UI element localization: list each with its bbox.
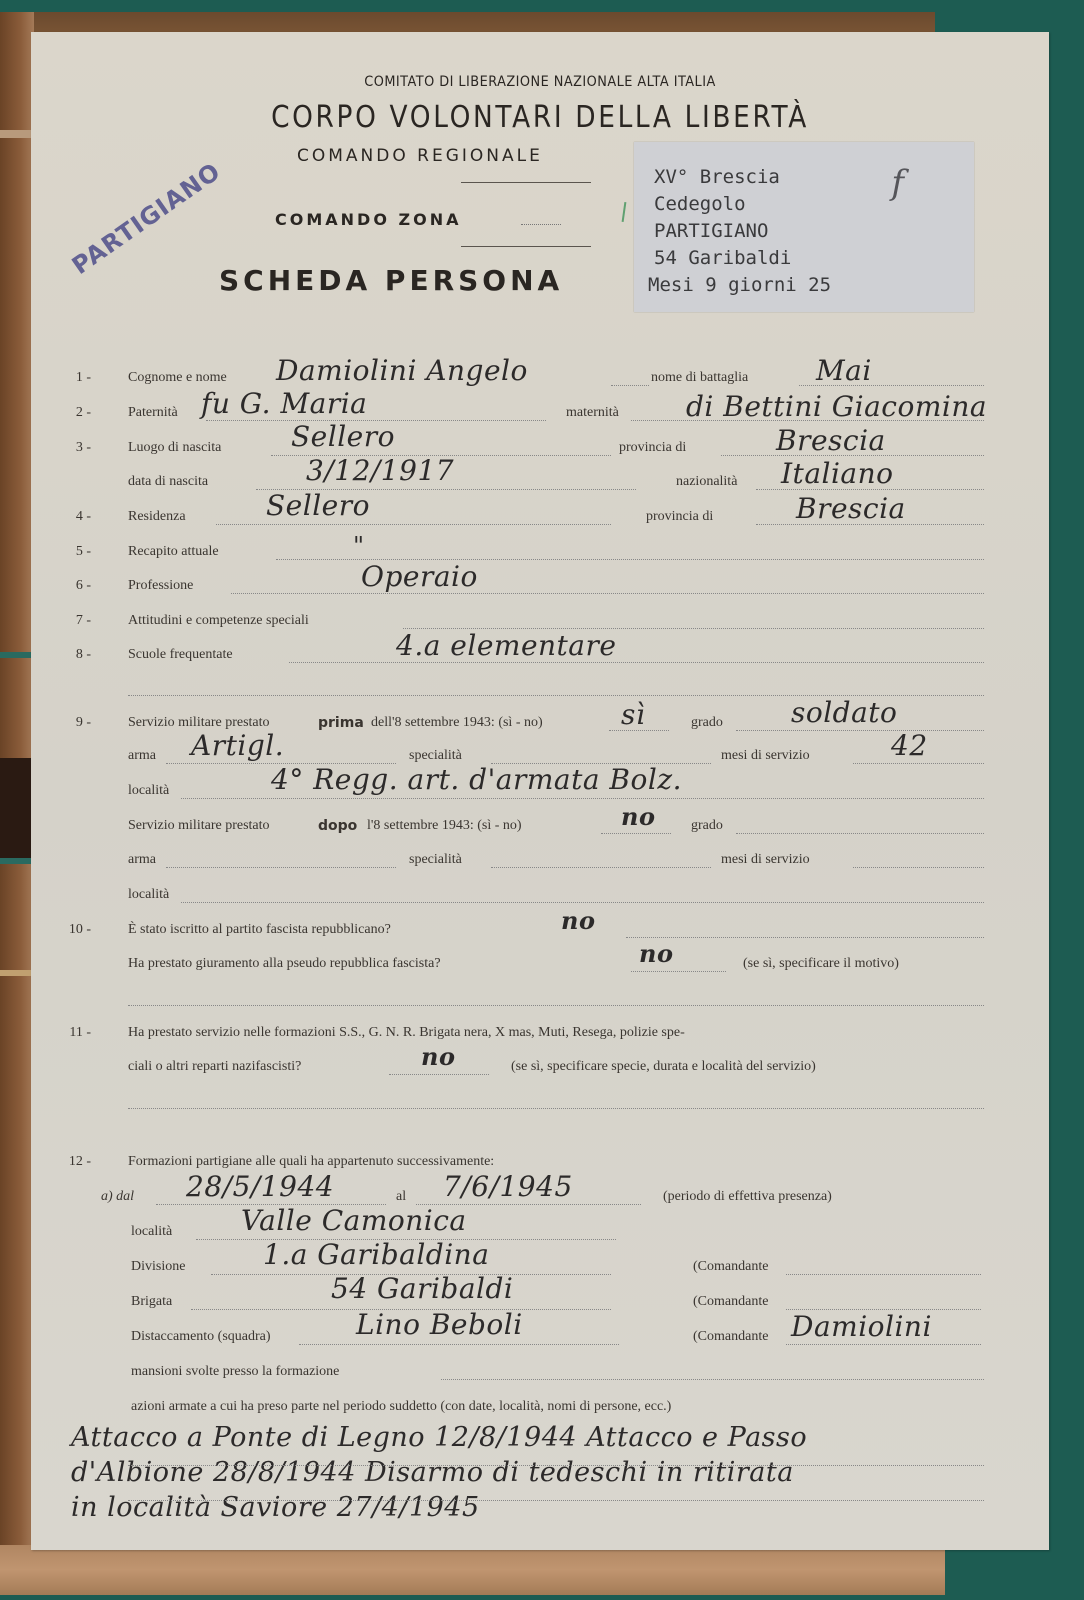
field-row-formation-locality: località [31,1224,1049,1246]
document-page: COMITATO DI LIBERAZIONE NAZIONALE ALTA I… [31,32,1049,1550]
field-label: provincia di [619,440,686,456]
zone-command-heading: COMANDO ZONA [275,210,461,229]
corps-heading: CORPO VOLONTARI DELLA LIBERTÀ [92,100,988,135]
divider [461,182,591,183]
label-line: 54 Garibaldi [654,245,974,272]
field-label: Scuole frequentate [128,647,233,663]
field-row-military-after: Servizio militare prestato dopo l'8 sett… [31,818,1049,840]
handwritten-birthplace: Sellero [291,420,395,453]
handwritten-address: " [353,532,365,560]
label-line: PARTIGIANO [654,218,974,245]
field-label: Recapito attuale [128,544,219,560]
field-row-profession: 6 - Professione [31,578,1049,600]
handwritten-from-date: 28/5/1944 [186,1170,334,1203]
blank-line [128,992,984,1006]
blank-line [128,1452,984,1466]
handwritten-fascist-party-answer: no [561,906,595,935]
green-pencil-mark [622,202,627,222]
handwritten-locality: 4° Regg. art. d'armata Bolz. [271,763,682,796]
field-row-oath: Ha prestato giuramento alla pseudo repub… [31,956,1049,978]
blank-line [128,1095,984,1109]
handwritten-paternity: fu G. Maria [201,387,367,420]
commander-signature: Damiolini [791,1310,932,1343]
field-label: Paternità [128,405,178,421]
handwritten-battle-name: Mai [816,354,872,387]
handwritten-schools: 4.a elementare [396,629,616,662]
field-row-fascist-party: 10 - È stato iscritto al partito fascist… [31,922,1049,944]
field-label: nome di battaglia [651,370,748,386]
handwritten-detachment: Lino Beboli [356,1308,523,1341]
handwritten-division: 1.a Garibaldina [263,1238,489,1271]
field-label: maternità [566,405,619,421]
field-row-division: Divisione (Comandante [31,1259,1049,1281]
field-label: Cognome e nome [128,370,227,386]
handwritten-actions-line: Attacco a Ponte di Legno 12/8/1944 Attac… [71,1422,807,1453]
partigiano-stamp: PARTIGIANO [67,157,226,280]
handwritten-formation-locality: Valle Camonica [241,1204,467,1237]
field-row-nazifascist-service: 11 - Ha prestato servizio nelle formazio… [31,1025,1049,1047]
handwritten-rank: soldato [791,696,897,729]
field-row-nazifascist-service-2: ciali o altri reparti nazifascisti? (se … [31,1059,1049,1081]
field-row-birthplace: 3 - Luogo di nascita provincia di [31,440,1049,462]
regional-command-heading: COMANDO REGIONALE [297,146,543,166]
handwritten-oath-answer: no [639,939,673,968]
field-row-armed-actions: azioni armate a cui ha preso parte nel p… [31,1399,1049,1421]
handwritten-profession: Operaio [361,560,478,593]
handwritten-arm: Artigl. [191,729,284,762]
handwritten-to-date: 7/6/1945 [443,1170,573,1203]
handwritten-name: Damiolini Angelo [276,354,528,387]
field-label: nazionalità [676,474,737,490]
handwritten-birthdate: 3/12/1917 [306,454,454,487]
label-line: Cedegolo [654,191,974,218]
handwritten-before-answer: sì [621,698,645,731]
form-title: SCHEDA PERSONA [219,264,563,297]
handwritten-nationality: Italiano [781,457,894,490]
pencil-mark: f [891,170,904,197]
field-label: Professione [128,578,193,594]
field-label: Residenza [128,509,186,525]
field-row-arm2: arma specialità mesi di servizio [31,852,1049,874]
handwritten-nazifascist-answer: no [421,1042,455,1071]
handwritten-after-answer: no [621,802,655,831]
field-label: data di nascita [128,474,208,490]
handwritten-residence-province: Brescia [796,492,906,525]
label-line: Mesi 9 giorni 25 [648,272,974,299]
field-label: Attitudini e competenze speciali [128,613,309,629]
blank-line [128,682,984,696]
field-label: Luogo di nascita [128,440,221,456]
handwritten-brigade: 54 Garibaldi [331,1272,513,1305]
label-line: XV° Brescia [654,164,974,191]
zone-command-field [521,224,561,225]
field-row-duties: mansioni svolte presso la formazione [31,1364,1049,1386]
field-row-address: 5 - Recapito attuale [31,544,1049,566]
handwritten-maternity: di Bettini Giacomina [686,390,987,423]
handwritten-province: Brescia [776,424,886,457]
field-row-locality2: località [31,887,1049,909]
blank-line [128,1487,984,1501]
field-label: provincia di [646,509,713,525]
typed-label-card: XV° Brescia Cedegolo PARTIGIANO 54 Garib… [634,142,974,312]
handwritten-months: 42 [891,729,928,762]
wooden-frame-left [0,12,34,1562]
field-row-name: 1 - Cognome e nome nome di battaglia [31,370,1049,392]
wooden-frame-bottom [0,1545,945,1595]
committee-heading: COMITATO DI LIBERAZIONE NAZIONALE ALTA I… [72,74,1009,90]
handwritten-residence: Sellero [266,489,370,522]
divider [461,246,591,247]
